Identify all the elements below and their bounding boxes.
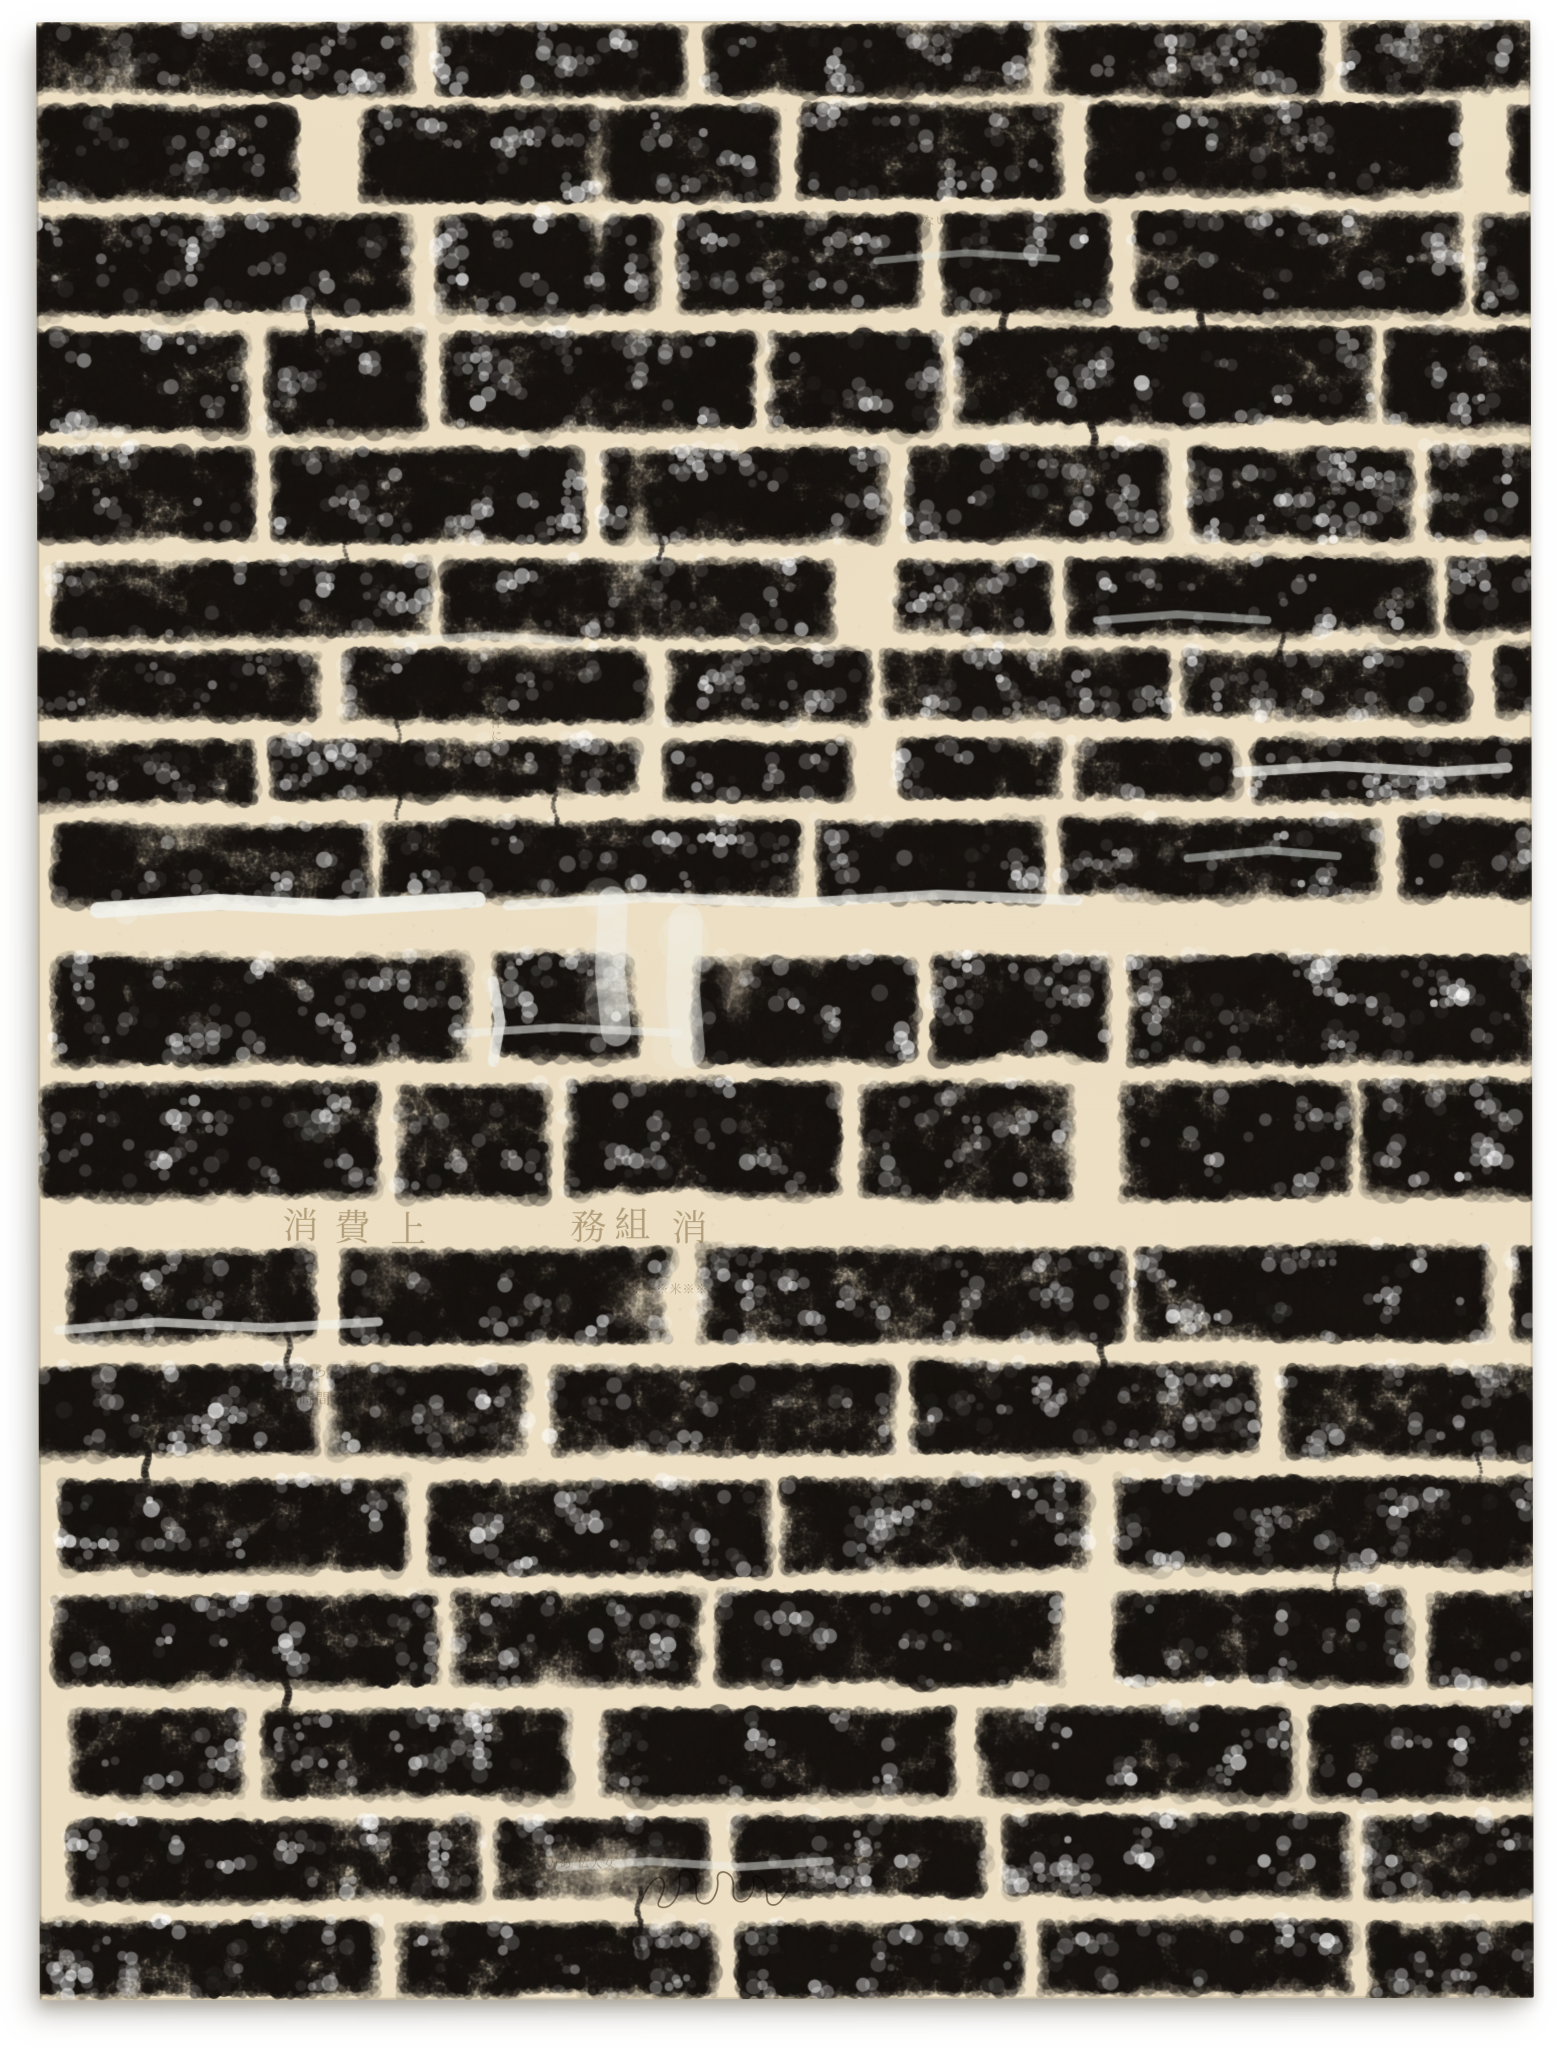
artwork-photo: 消費上務組消から雲着1時間で佐用駅に着※※※米※※※米※※はそれほどにはない仏人…: [36, 20, 1533, 2001]
artwork-canvas: [36, 20, 1533, 2001]
page-background: { "page": { "background": "#ffffff" }, "…: [0, 0, 1557, 2048]
